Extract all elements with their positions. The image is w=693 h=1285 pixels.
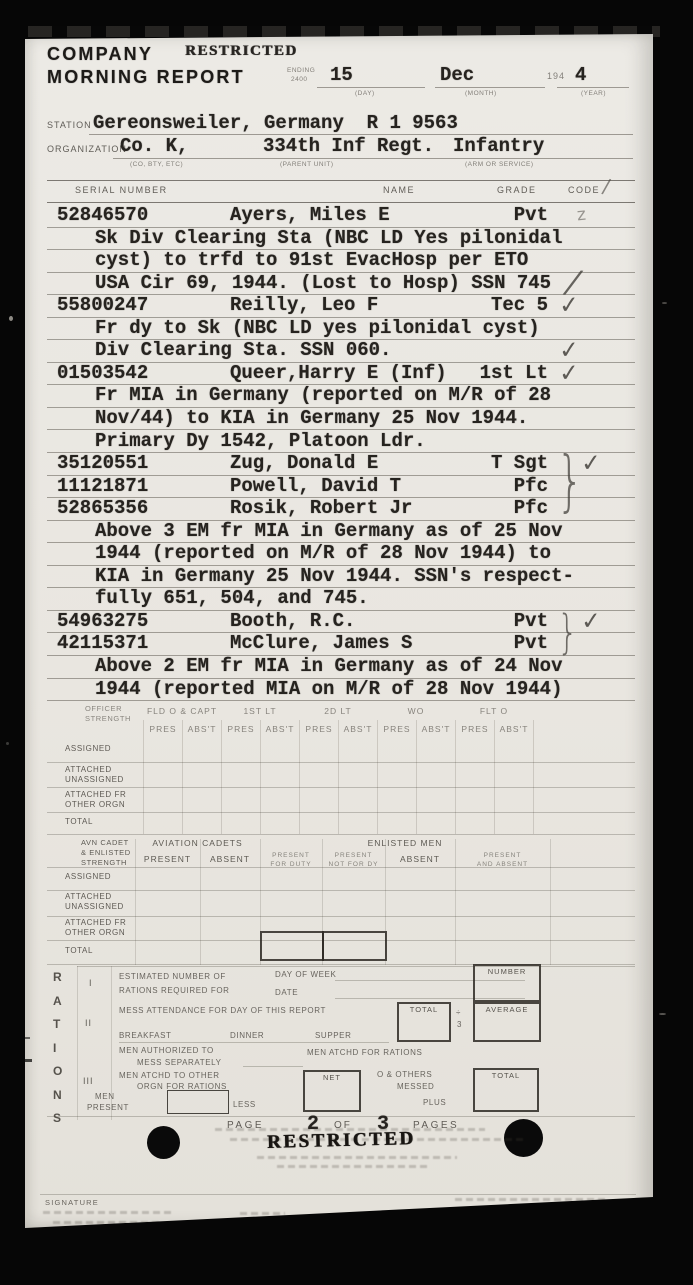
rations-men-authorized-label-2: MESS SEPARATELY xyxy=(137,1058,222,1067)
grid-column-line xyxy=(416,720,417,834)
roster-name: Queer,Harry E (Inf) xyxy=(230,362,447,384)
roster-continuation-row: Nov/44) to KIA in Germany 25 Nov 1944. xyxy=(47,407,635,431)
officer-grid-row-label: ASSIGNED xyxy=(65,744,111,754)
roster-grade: Pvt xyxy=(430,632,548,654)
officer-grid-group-header: FLT O xyxy=(455,707,533,716)
rations-total-box-label: TOTAL xyxy=(399,1005,449,1014)
grid-row-rule xyxy=(47,964,635,965)
rations-men-present-label-2: PRESENT xyxy=(87,1103,129,1112)
roster-name: Zug, Donald E xyxy=(230,452,378,474)
roster-entry-row: 52865356Rosik, Robert JrPfc xyxy=(47,497,635,521)
form-title-company: COMPANY xyxy=(47,44,153,65)
roster-serial-number: 01503542 xyxy=(57,362,148,384)
roster-remark-text: Sk Div Clearing Sta (NBC LD Yes pilonida… xyxy=(95,227,562,249)
roster-remark-text: USA Cir 69, 1944. (Lost to Hosp) SSN 745 xyxy=(95,272,551,294)
roster-remark-text: Div Clearing Sta. SSN 060. xyxy=(95,339,391,361)
rations-average-box-label: AVERAGE xyxy=(475,1005,539,1014)
grid-column-line xyxy=(455,720,456,834)
roster-remark-text: Nov/44) to KIA in Germany 25 Nov 1944. xyxy=(95,407,528,429)
roster-continuation-row: cyst) to trfd to 91st EvacHosp per ETO xyxy=(47,249,635,273)
roster-remark-text: 1944 (reported MIA on M/R of 28 Nov 1944… xyxy=(95,678,562,700)
rations-numeral-2: II xyxy=(85,1018,92,1028)
roster-name: Powell, David T xyxy=(230,475,401,497)
column-header-serial-number: SERIAL NUMBER xyxy=(75,185,168,195)
roster-continuation-row: Fr dy to Sk (NBC LD yes pilonidal cyst) xyxy=(47,317,635,341)
rations-supper-label: SUPPER xyxy=(315,1031,352,1040)
scan-speck xyxy=(659,1013,666,1015)
roster-grade: T Sgt xyxy=(430,452,548,474)
grid-column-line xyxy=(494,720,495,834)
grid-column-line xyxy=(299,720,300,834)
rations-numeral-1: I xyxy=(89,978,93,988)
officer-grid-abst-header: ABS'T xyxy=(496,725,532,734)
rations-day-of-week-label: DAY OF WEEK xyxy=(275,970,336,979)
scan-edge-mark xyxy=(25,1059,32,1062)
roster-grade: Pfc xyxy=(430,475,548,497)
column-header-code: CODE xyxy=(568,185,600,195)
roster-continuation-row: Fr MIA in Germany (reported on M/R of 28 xyxy=(47,384,635,408)
date-day-value: 15 xyxy=(330,64,353,86)
roster-continuation-row: 1944 (reported on M/R of 28 Nov 1944) to xyxy=(47,542,635,566)
roster-entry-row: 42115371McClure, James SPvt xyxy=(47,632,635,656)
rations-letter: S xyxy=(53,1111,62,1125)
scan-speck xyxy=(6,742,9,745)
grid-column-line xyxy=(260,720,261,834)
rations-estimated-label-2: RATIONS REQUIRED FOR xyxy=(119,986,230,995)
officer-grid-group-header: WO xyxy=(377,707,455,716)
grid-column-line xyxy=(182,720,183,834)
roster-grade: Pvt xyxy=(430,204,548,226)
parent-unit-caption: (PARENT UNIT) xyxy=(280,161,334,168)
grid-column-line xyxy=(377,720,378,834)
roster-serial-number: 35120551 xyxy=(57,452,148,474)
officer-grid-pres-header: PRES xyxy=(379,725,415,734)
month-caption: (MONTH) xyxy=(465,90,497,97)
roster-remark-text: Above 2 EM fr MIA in Germany as of 24 No… xyxy=(95,655,562,677)
grid-row-rule xyxy=(47,762,635,763)
rations-atchd-other-label-1: MEN ATCHD TO OTHER xyxy=(119,1071,220,1080)
grid-column-line xyxy=(143,720,144,834)
roster-grade: Pvt xyxy=(430,610,548,632)
roster-serial-number: 11121871 xyxy=(57,475,148,497)
enlisted-men-group-header: ENLISTED MEN xyxy=(260,839,550,848)
roster-continuation-row: KIA in Germany 25 Nov 1944. SSN's respec… xyxy=(47,565,635,589)
restricted-stamp-bottom: RESTRICTED xyxy=(267,1128,416,1154)
roster-remark-text: fully 651, 504, and 745. xyxy=(95,587,369,609)
grid-row-rule xyxy=(47,787,635,788)
scan-speck xyxy=(9,316,13,321)
roster-remark-text: Fr dy to Sk (NBC LD yes pilonidal cyst) xyxy=(95,317,540,339)
roster-serial-number: 55800247 xyxy=(57,294,148,316)
date-year-value: 4 xyxy=(575,64,586,86)
roster-name: Booth, R.C. xyxy=(230,610,355,632)
rations-number-box-label: NUMBER xyxy=(475,967,539,976)
enlisted-strength-corner-label: AVN CADET & ENLISTED STRENGTH xyxy=(81,838,131,868)
scanned-morning-report: COMPANY RESTRICTED MORNING REPORT ENDING… xyxy=(0,0,693,1285)
rations-messed-label: MESSED xyxy=(397,1082,434,1091)
roster-continuation-row: USA Cir 69, 1944. (Lost to Hosp) SSN 745 xyxy=(47,272,635,296)
organization-unit: Co. K, xyxy=(120,135,188,157)
rations-total-box: TOTAL xyxy=(397,1002,451,1042)
organization-arm: Infantry xyxy=(453,135,544,157)
pencil-check-mark: ✓ xyxy=(580,448,602,477)
rations-letter: A xyxy=(53,994,63,1008)
roster-grade: Tec 5 xyxy=(430,294,548,316)
officer-grid-row-label: TOTAL xyxy=(65,817,93,827)
enlisted-grid-row-label: ATTACHED UNASSIGNED xyxy=(65,892,124,912)
rations-net-box-label: NET xyxy=(305,1073,359,1082)
rations-men-authorized-label-1: MEN AUTHORIZED TO xyxy=(119,1046,214,1055)
rations-estimated-label-1: ESTIMATED NUMBER OF xyxy=(119,972,226,981)
roster-continuation-row: Primary Dy 1542, Platoon Ldr. xyxy=(47,430,635,454)
roster-name: Reilly, Leo F xyxy=(230,294,378,316)
roster-entry-row: 52846570Ayers, Miles EPvt xyxy=(47,204,635,228)
roster-continuation-row: Above 2 EM fr MIA in Germany as of 24 No… xyxy=(47,655,635,679)
rations-plus-label: PLUS xyxy=(423,1098,446,1107)
column-header-name: NAME xyxy=(383,185,415,195)
roster-name: McClure, James S xyxy=(230,632,412,654)
roster-entry-row: 35120551Zug, Donald ET Sgt xyxy=(47,452,635,476)
arm-caption: (ARM OR SERVICE) xyxy=(465,161,534,168)
pencil-brace-2-rows: } xyxy=(557,605,577,659)
roster-name: Rosik, Robert Jr xyxy=(230,497,412,519)
scan-speck xyxy=(662,302,667,304)
rations-grand-total-box-label: TOTAL xyxy=(475,1071,537,1080)
rations-men-present-box xyxy=(167,1090,229,1114)
roster-remark-text: Above 3 EM fr MIA in Germany as of 25 No… xyxy=(95,520,562,542)
grid-column-line xyxy=(338,720,339,834)
roster-remark-text: Primary Dy 1542, Platoon Ldr. xyxy=(95,430,426,452)
officer-grid-abst-header: ABS'T xyxy=(184,725,220,734)
rations-o-and-others-label: O & OTHERS xyxy=(377,1070,432,1079)
officer-grid-pres-header: PRES xyxy=(301,725,337,734)
rations-divisor: 3 xyxy=(457,1020,462,1029)
roster-remark-text: 1944 (reported on M/R of 28 Nov 1944) to xyxy=(95,542,551,564)
rations-less-label: LESS xyxy=(233,1100,256,1109)
grid-row-rule xyxy=(47,916,635,917)
grid-column-line xyxy=(200,839,201,965)
rations-date-label: DATE xyxy=(275,988,298,997)
rations-number-box: NUMBER xyxy=(473,964,541,1002)
grid-column-line xyxy=(135,839,136,965)
enlisted-grid-row-label: ATTACHED FR OTHER ORGN xyxy=(65,918,126,938)
grid-column-line xyxy=(533,720,534,834)
enlisted-total-box-1 xyxy=(260,931,324,961)
grid-column-line xyxy=(550,839,551,965)
rations-letter: I xyxy=(53,1041,57,1055)
rations-men-present-label-1: MEN xyxy=(95,1092,115,1101)
rations-net-box: NET xyxy=(303,1070,361,1112)
roster-continuation-row: fully 651, 504, and 745. xyxy=(47,587,635,611)
pencil-slash-mark: ∕ xyxy=(601,174,613,199)
rations-grand-total-box: TOTAL xyxy=(473,1068,539,1112)
station-label: STATION xyxy=(47,120,92,130)
officer-grid-group-header: 1ST LT xyxy=(221,707,299,716)
enlisted-grid-column-header: ABSENT xyxy=(385,855,455,864)
grid-column-line xyxy=(221,720,222,834)
year-printed-prefix: 194 xyxy=(547,71,565,81)
organization-parent-unit: 334th Inf Regt. xyxy=(263,135,434,157)
form-title-morning-report: MORNING REPORT xyxy=(47,67,245,88)
rations-divide-symbol: ÷ xyxy=(456,1008,461,1017)
officer-grid-group-header: 2D LT xyxy=(299,707,377,716)
rations-men-atchd-label: MEN ATCHD FOR RATIONS xyxy=(307,1048,422,1057)
organization-label: ORGANIZATION xyxy=(47,144,127,154)
rations-breakfast-label: BREAKFAST xyxy=(119,1031,172,1040)
grid-column-line xyxy=(455,839,456,965)
enlisted-grid-column-header: ABSENT xyxy=(200,855,260,864)
roster-continuation-row: Sk Div Clearing Sta (NBC LD Yes pilonida… xyxy=(47,227,635,251)
punch-hole-left xyxy=(147,1126,180,1159)
roster-grade: 1st Lt xyxy=(430,362,548,384)
grid-row-rule xyxy=(47,890,635,891)
unit-caption: (CO, BTY, ETC) xyxy=(130,161,183,168)
enlisted-grid-row-label: ASSIGNED xyxy=(65,872,111,882)
enlisted-grid-column-header: PRESENT xyxy=(135,855,200,864)
station-value: Gereonsweiler, Germany R 1 9563 xyxy=(93,112,458,134)
roster-remark-text: cyst) to trfd to 91st EvacHosp per ETO xyxy=(95,249,528,271)
officer-strength-corner-label: OFFICER STRENGTH xyxy=(85,704,131,724)
restricted-stamp-top: RESTRICTED xyxy=(185,43,298,60)
signature-label: SIGNATURE xyxy=(45,1198,99,1207)
date-month-value: Dec xyxy=(440,64,474,86)
ending-time-label: 2400 xyxy=(291,76,307,83)
roster-entry-row: 54963275Booth, R.C.Pvt xyxy=(47,610,635,634)
officer-grid-pres-header: PRES xyxy=(457,725,493,734)
rations-dinner-label: DINNER xyxy=(230,1031,264,1040)
morning-report-page: COMPANY RESTRICTED MORNING REPORT ENDING… xyxy=(25,34,653,1228)
roster-entry-row: 11121871Powell, David TPfc xyxy=(47,475,635,499)
roster-grade: Pfc xyxy=(430,497,548,519)
enlisted-total-box-2 xyxy=(322,931,387,961)
rations-letter: R xyxy=(53,970,63,984)
rations-letter: N xyxy=(53,1088,63,1102)
roster-remark-text: KIA in Germany 25 Nov 1944. SSN's respec… xyxy=(95,565,574,587)
year-caption: (YEAR) xyxy=(581,90,606,97)
pencil-check-mark: ✓ xyxy=(558,358,580,387)
enlisted-grid-row-label: TOTAL xyxy=(65,946,93,956)
roster-continuation-row: 1944 (reported MIA on M/R of 28 Nov 1944… xyxy=(47,678,635,702)
pencil-check-mark: ✓ xyxy=(580,606,602,635)
officer-grid-row-label: ATTACHED FR OTHER ORGN xyxy=(65,790,126,810)
pencil-z-mark: z xyxy=(576,205,587,226)
roster-serial-number: 52846570 xyxy=(57,204,148,226)
day-caption: (DAY) xyxy=(355,90,375,97)
roster-continuation-row: Above 3 EM fr MIA in Germany as of 25 No… xyxy=(47,520,635,544)
roster-remark-text: Fr MIA in Germany (reported on M/R of 28 xyxy=(95,384,551,406)
officer-grid-pres-header: PRES xyxy=(145,725,181,734)
pencil-check-mark: ✓ xyxy=(558,291,580,320)
grid-row-rule xyxy=(47,812,635,813)
officer-grid-abst-header: ABS'T xyxy=(418,725,454,734)
roster-serial-number: 54963275 xyxy=(57,610,148,632)
rations-letter: O xyxy=(53,1064,63,1078)
rations-numeral-3: III xyxy=(83,1076,94,1086)
grid-row-rule xyxy=(47,834,635,835)
rations-mess-attendance-label: MESS ATTENDANCE FOR DAY OF THIS REPORT xyxy=(119,1006,326,1015)
aviation-cadets-group-header: AVIATION CADETS xyxy=(135,839,260,848)
roster-continuation-row: Div Clearing Sta. SSN 060. xyxy=(47,339,635,363)
officer-grid-group-header: FLD O & CAPT xyxy=(143,707,221,716)
scan-edge-mark xyxy=(25,1037,30,1039)
rations-average-box: AVERAGE xyxy=(473,1002,541,1042)
rations-letter: T xyxy=(53,1017,61,1031)
officer-grid-abst-header: ABS'T xyxy=(262,725,298,734)
roster-serial-number: 42115371 xyxy=(57,632,148,654)
officer-grid-abst-header: ABS'T xyxy=(340,725,376,734)
roster-entry-row: 01503542Queer,Harry E (Inf)1st Lt xyxy=(47,362,635,386)
roster-entry-row: 55800247Reilly, Leo FTec 5 xyxy=(47,294,635,318)
officer-grid-pres-header: PRES xyxy=(223,725,259,734)
column-header-grade: GRADE xyxy=(497,185,537,195)
ending-label: ENDING xyxy=(287,67,315,74)
roster-serial-number: 52865356 xyxy=(57,497,148,519)
officer-grid-row-label: ATTACHED UNASSIGNED xyxy=(65,765,124,785)
roster-name: Ayers, Miles E xyxy=(230,204,390,226)
